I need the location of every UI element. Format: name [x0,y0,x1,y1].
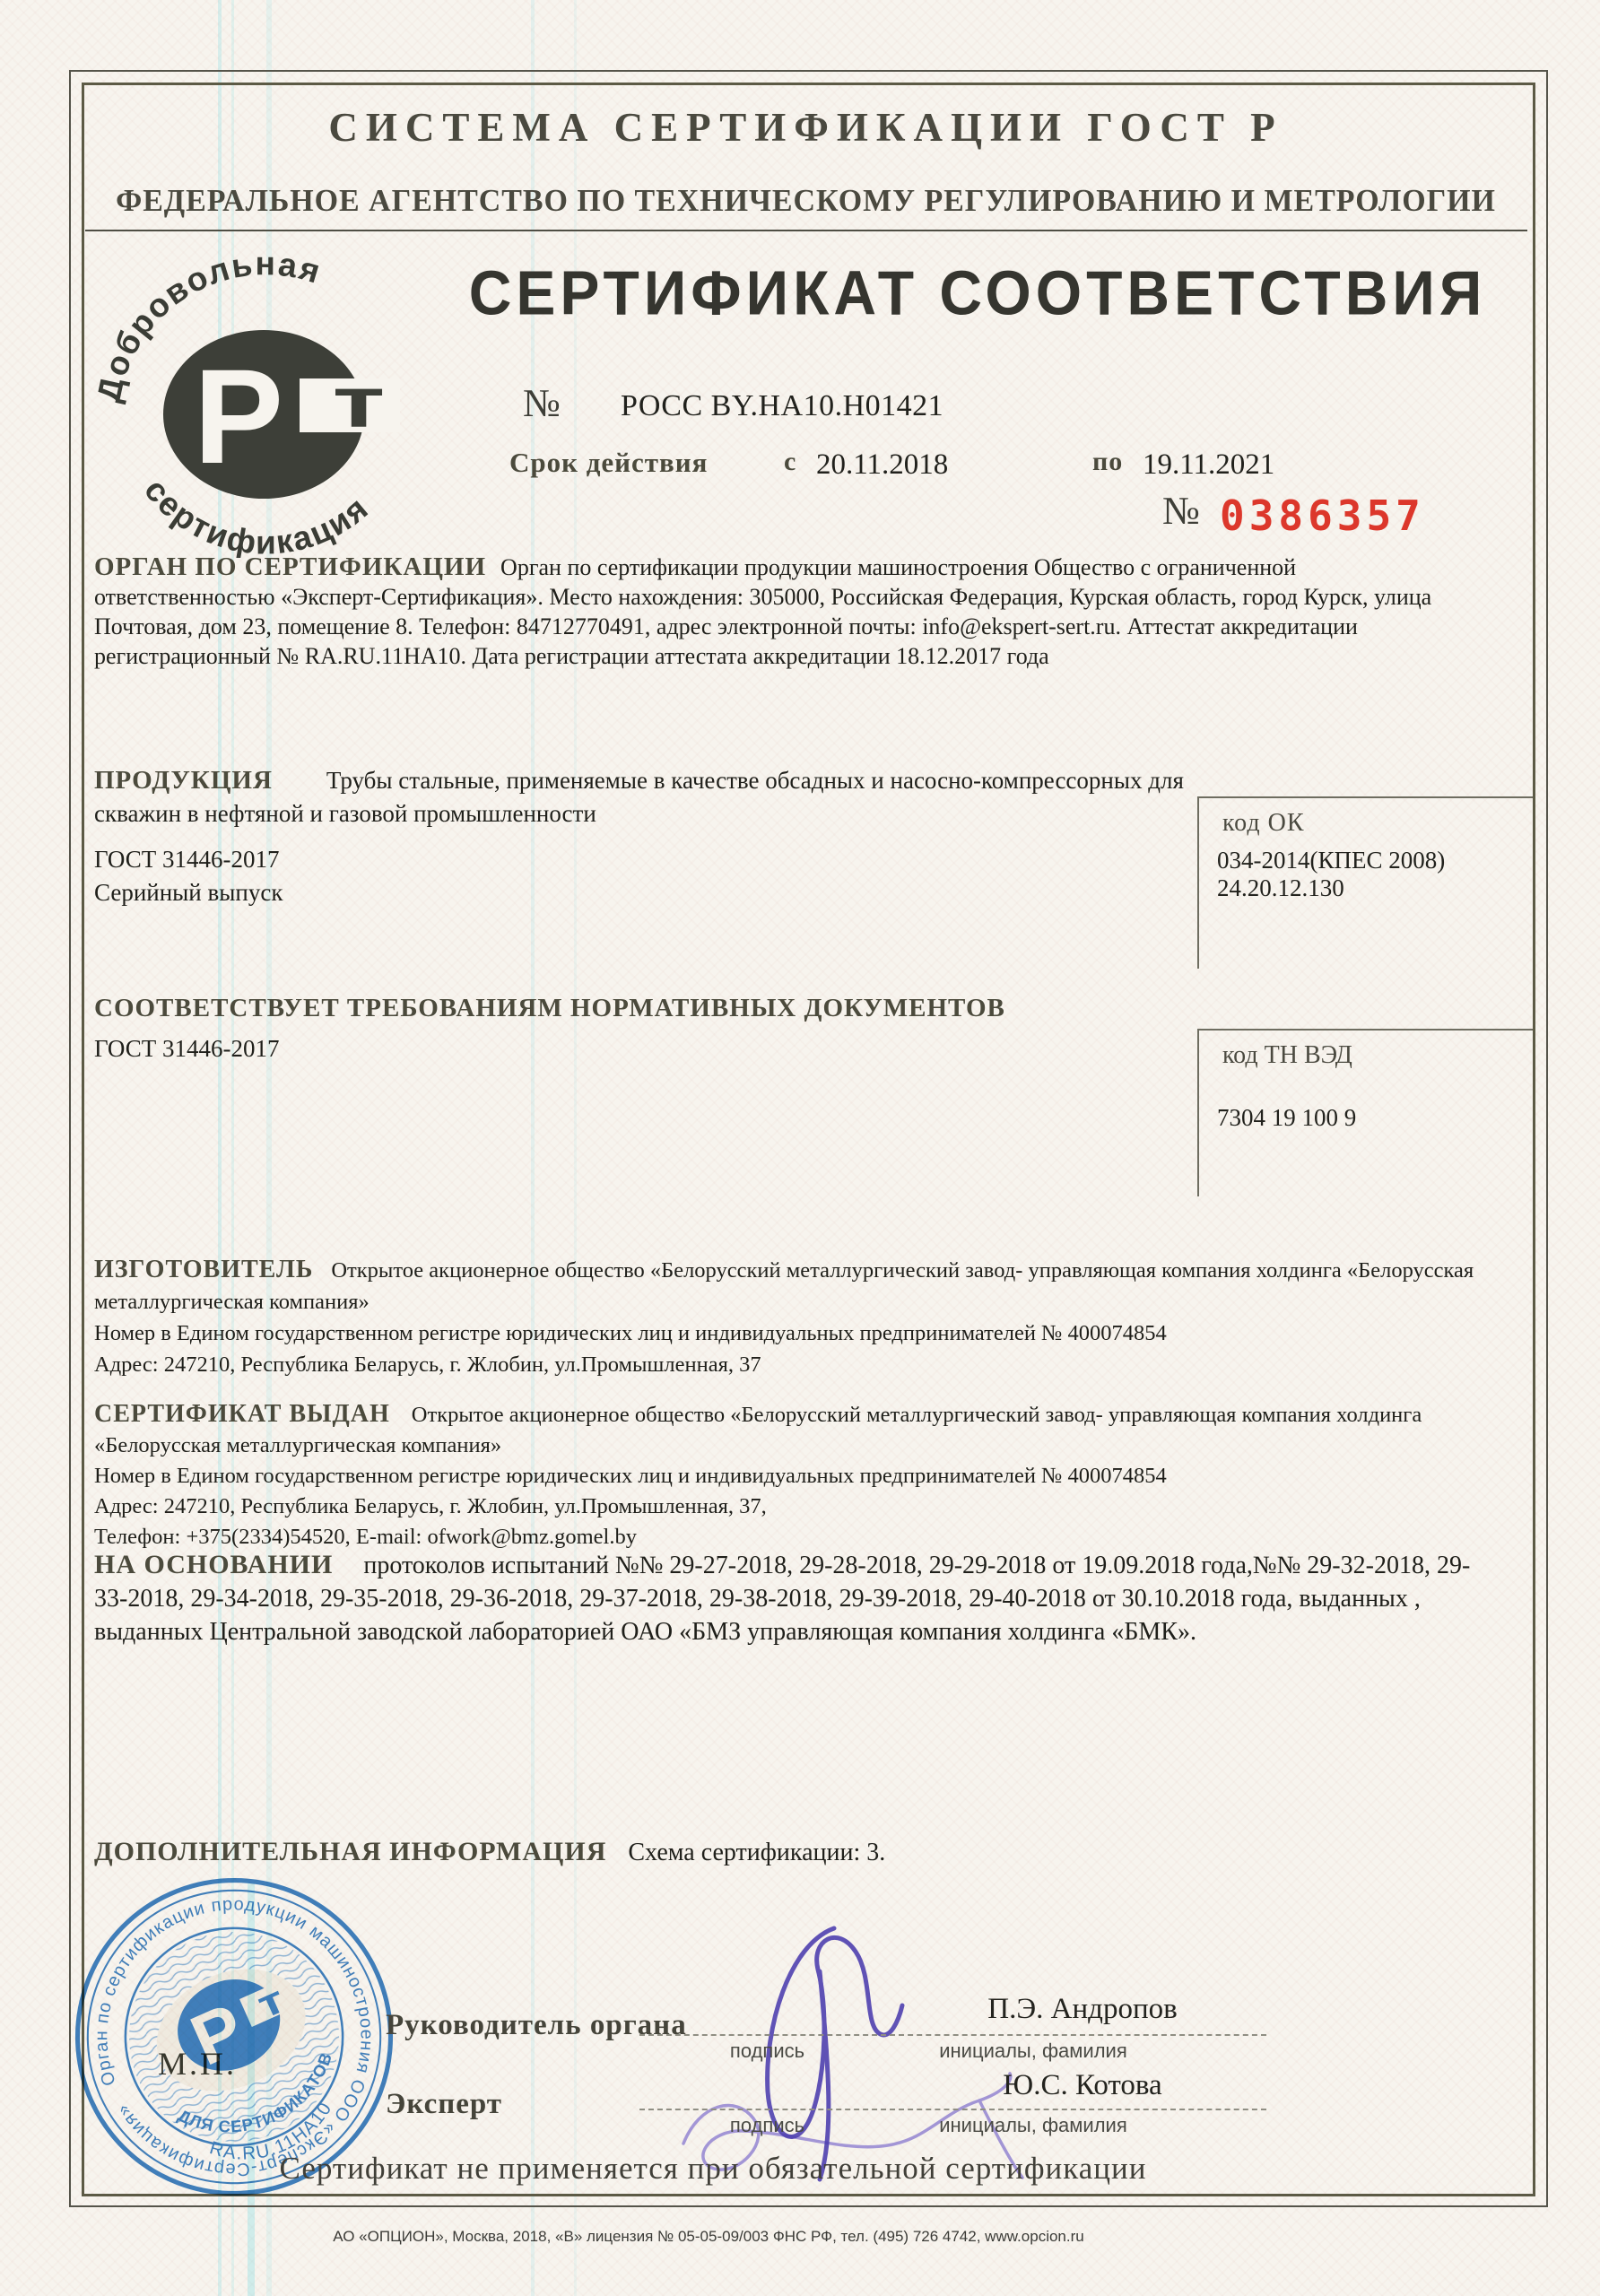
section-conform: СООТВЕТСТВУЕТ ТРЕБОВАНИЯМ НОРМАТИВНЫХ ДО… [94,994,1184,1063]
section-org-label: ОРГАН ПО СЕРТИФИКАЦИИ [94,552,500,581]
blank-no-label: № [1162,488,1200,534]
code-tnved-label: код ТН ВЭД [1222,1041,1533,1070]
manufacturer-address: Адрес: 247210, Республика Беларусь, г. Ж… [94,1349,1483,1380]
certificate-page: СИСТЕМА СЕРТИФИКАЦИИ ГОСТ Р ФЕДЕРАЛЬНОЕ … [0,0,1600,2296]
rst-logo: Добровольная Р т сертификация [88,235,438,558]
head-name: П.Э. Андропов [899,1993,1266,2026]
footer-imprint: АО «ОПЦИОН», Москва, 2018, «В» лицензия … [305,2228,1112,2246]
scan-streak [531,0,535,2296]
expert-sign-caption: подпись [639,2114,895,2137]
logo-letter-t: т [333,362,386,442]
section-product-label: ПРОДУКЦИЯ [94,766,326,795]
product-gost: ГОСТ 31446-2017 [94,843,1184,876]
section-conform-label: СООТВЕТСТВУЕТ ТРЕБОВАНИЯМ НОРМАТИВНЫХ ДО… [94,994,1184,1023]
code-tnved-value: 7304 19 100 9 [1217,1104,1533,1132]
head-name-line [899,2034,1266,2036]
code-ok-label: код ОК [1222,809,1533,838]
section-issued: СЕРТИФИКАТ ВЫДАНОткрытое акционерное общ… [94,1399,1483,1552]
agency-title: ФЕДЕРАЛЬНОЕ АГЕНТСТВО ПО ТЕХНИЧЕСКОМУ РЕ… [103,183,1509,219]
cert-no-label: № [523,380,561,426]
validity-from-date: 20.11.2018 [816,448,948,482]
cert-number: РОСС BY.HA10.H01421 [621,389,943,423]
code-ok-value-1: 034-2014(КПЕС 2008) [1217,847,1533,874]
section-issued-label: СЕРТИФИКАТ ВЫДАН [94,1400,412,1428]
system-title: СИСТЕМА СЕРТИФИКАЦИИ ГОСТ Р [82,104,1530,151]
scan-streak [574,0,577,2296]
head-name-caption: инициалы, фамилия [899,2039,1168,2063]
code-tnved-box: код ТН ВЭД 7304 19 100 9 [1197,1029,1533,1196]
code-ok-box: код ОК 034-2014(КПЕС 2008) 24.20.12.130 [1197,796,1533,969]
section-manufacturer: ИЗГОТОВИТЕЛЬОткрытое акционерное обществ… [94,1254,1483,1380]
section-product: ПРОДУКЦИЯТрубы стальные, применяемые в к… [94,764,1184,909]
certificate-title: СЕРТИФИКАТ СООТВЕТСТВИЯ [422,257,1534,329]
head-sign-line [639,2034,895,2036]
logo-letter-p: Р [194,341,283,491]
head-sign-caption: подпись [639,2039,895,2063]
section-additional-text: Схема сертификации: 3. [628,1839,885,1866]
code-ok-value-2: 24.20.12.130 [1217,874,1533,902]
blank-number: 0386357 [1220,491,1425,540]
issued-address: Адрес: 247210, Республика Беларусь, г. Ж… [94,1492,1483,1522]
product-serial: Серийный выпуск [94,876,1184,909]
disclaimer: Сертификат не применяется при обязательн… [269,2151,1157,2187]
expert-name-caption: инициалы, фамилия [899,2114,1168,2137]
expert-sign-line [639,2109,895,2110]
section-additional-label: ДОПОЛНИТЕЛЬНАЯ ИНФОРМАЦИЯ [94,1837,628,1866]
validity-label: Срок действия [509,447,708,479]
validity-to-label: по [1092,447,1123,477]
section-basis-label: НА ОСНОВАНИИ [94,1550,363,1579]
header-divider [85,230,1527,231]
rst-mark-icon: Р т [163,330,400,499]
validity-to-date: 19.11.2021 [1143,448,1274,482]
manufacturer-registry: Номер в Едином государственном регистре … [94,1318,1483,1349]
section-basis: НА ОСНОВАНИИпротоколов испытаний №№ 29-2… [94,1548,1489,1648]
expert-role: Эксперт [386,2088,502,2121]
expert-name: Ю.С. Котова [899,2069,1266,2102]
section-conform-text: ГОСТ 31446-2017 [94,1035,1184,1063]
head-role: Руководитель органа [386,2009,687,2042]
validity-from-label: с [784,447,796,477]
expert-name-line [899,2109,1266,2110]
issued-registry: Номер в Едином государственном регистре … [94,1461,1483,1492]
section-org: ОРГАН ПО СЕРТИФИКАЦИИОрган по сертификац… [94,552,1483,671]
section-manufacturer-label: ИЗГОТОВИТЕЛЬ [94,1256,331,1283]
